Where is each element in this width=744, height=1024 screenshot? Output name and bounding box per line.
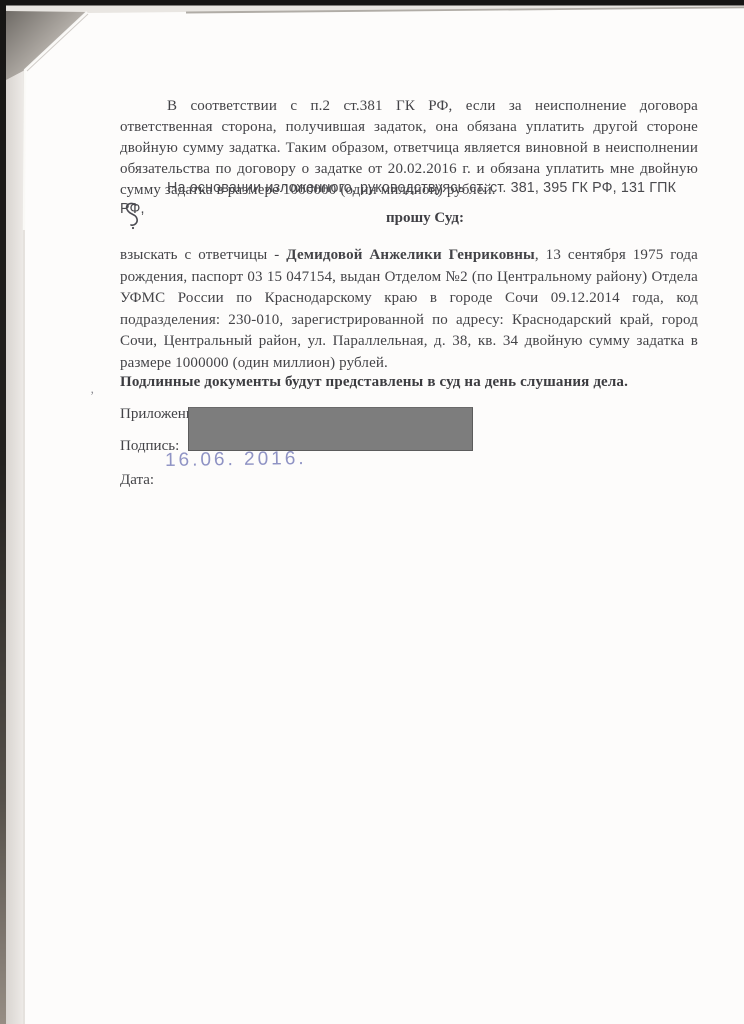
scanner-background-band — [0, 6, 744, 14]
date-label: Дата: — [120, 472, 154, 489]
scanned-document-page: В соответствии с п.2 ст.381 ГК РФ, если … — [0, 0, 744, 1024]
scan-left-margin — [6, 12, 25, 1024]
folded-corner-wedge — [6, 11, 87, 80]
claim-prefix: взыскать с ответчицы - — [120, 247, 286, 263]
handwritten-date: 16.06. 2016. — [165, 448, 307, 472]
scan-top-edge — [0, 0, 744, 6]
petition-heading: прошу Суд: — [130, 210, 720, 227]
defendant-name: Демидовой Анжелики Генриковны — [286, 247, 535, 263]
paper-top-edge-line — [186, 7, 744, 14]
claim-paragraph: взыскать с ответчицы - Демидовой Анжелик… — [120, 245, 698, 375]
stray-pen-dot: ’ — [90, 388, 94, 404]
folded-corner-shadow — [27, 14, 88, 71]
scan-left-edge — [0, 5, 6, 1024]
claim-suffix: , 13 сентября 1975 года рождения, паспор… — [120, 247, 698, 371]
signature-redaction-box — [188, 407, 473, 451]
originals-note: Подлинные документы будут представлены в… — [120, 372, 698, 393]
folded-corner-highlight — [24, 12, 87, 230]
